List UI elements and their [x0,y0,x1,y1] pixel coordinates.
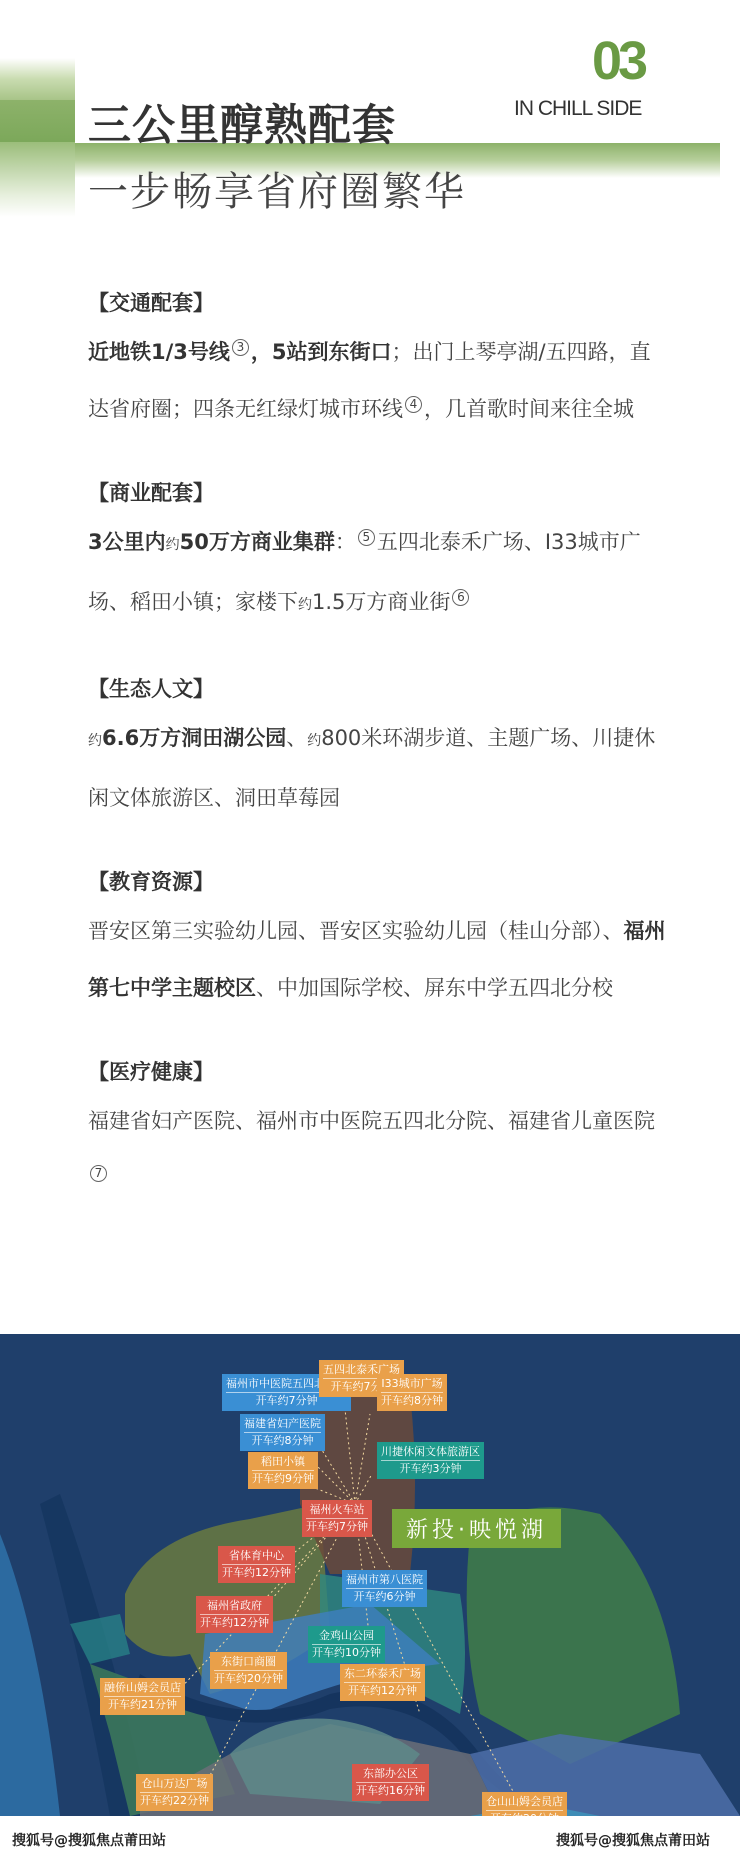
map-poi-label: 金鸡山公园开车约10分钟 [308,1626,385,1663]
map-poi-label: 福州省政府开车约12分钟 [196,1596,273,1633]
poi-drive-time: 开车约16分钟 [356,1782,425,1799]
footnote-marker: 6 [452,589,469,606]
map-poi-label: 省体育中心开车约12分钟 [218,1546,295,1583]
section: 【教育资源】晋安区第三实验幼儿园、晋安区实验幼儿园（桂山分部）、福州第七中学主题… [88,861,668,1017]
section: 【交通配套】近地铁1/3号线3，5站到东街口；出门上琴亭湖/五四路，直达省府圈；… [88,282,668,438]
footnote-marker: 4 [405,396,422,413]
body-text: 约 [298,597,312,613]
map-poi-label: 仓山山姆会员店开车约20分钟 [482,1792,567,1816]
body-text: 约 [166,537,180,553]
highlight-text: 50万方商业集群 [180,530,335,554]
body-text: 约 [307,733,321,749]
section-body: 3公里内约50万方商业集群：5五四北泰禾广场、I33城市广场、稻田小镇；家楼下约… [88,514,668,634]
poi-name: 福建省妇产医院 [244,1416,321,1432]
poi-name: 福州市第八医院 [346,1572,423,1588]
decorative-band [0,58,75,100]
map-poi-label: 川捷休闲文体旅游区开车约3分钟 [377,1442,484,1479]
map-poi-label: 东部办公区开车约16分钟 [352,1764,429,1801]
poi-drive-time: 开车约10分钟 [312,1644,381,1661]
section-heading: 【医疗健康】 [88,1051,668,1093]
body-text: 、 [286,726,307,750]
poi-drive-time: 开车约12分钟 [222,1564,291,1581]
body-text: ： [335,530,356,554]
section-heading: 【交通配套】 [88,282,668,324]
body-text: 福建省妇产医院、福州市中医院五四北分院、福建省儿童医院 [88,1109,655,1133]
highlight-text: 近地铁1/3号线 [88,340,230,364]
map-poi-label: 融侨山姆会员店开车约21分钟 [100,1678,185,1715]
section-body: 约6.6万方洞田湖公园、约800米环湖步道、主题广场、川捷休闲文体旅游区、洞田草… [88,710,668,827]
highlight-text: 6.6万方洞田湖公园 [102,726,286,750]
section-body: 近地铁1/3号线3，5站到东街口；出门上琴亭湖/五四路，直达省府圈；四条无红绿灯… [88,324,668,438]
poi-name: 仓山山姆会员店 [486,1794,563,1810]
project-label: 新投·映悦湖 [392,1509,561,1548]
poi-drive-time: 开车约9分钟 [252,1470,314,1487]
watermark-left: 搜狐号@搜狐焦点莆田站 [12,1830,166,1850]
body-text: 1.5万方商业街 [312,590,450,614]
body-text: 晋安区第三实验幼儿园、晋安区实验幼儿园（桂山分部）、 [88,919,624,943]
section-heading: 【生态人文】 [88,668,668,710]
footnote-marker: 7 [90,1165,107,1182]
poi-name: 福州火车站 [306,1502,368,1518]
decorative-band [0,100,75,142]
poi-drive-time: 开车约3分钟 [381,1460,480,1477]
map-poi-label: 福建省妇产医院开车约8分钟 [240,1414,325,1451]
poi-name: 融侨山姆会员店 [104,1680,181,1696]
highlight-text: ，5站到东街口 [251,340,392,364]
map-poi-label: 稻田小镇开车约9分钟 [248,1452,318,1489]
poi-name: 福州省政府 [200,1598,269,1614]
poi-name: 东部办公区 [356,1766,425,1782]
map-poi-label: 东街口商圈开车约20分钟 [210,1652,287,1689]
map-poi-label: 仓山万达广场开车约22分钟 [136,1774,213,1811]
poi-drive-time: 开车约20分钟 [214,1670,283,1687]
chapter-number: 03 [592,30,644,92]
poi-drive-time: 开车约12分钟 [200,1614,269,1631]
amenities-content: 【交通配套】近地铁1/3号线3，5站到东街口；出门上琴亭湖/五四路，直达省府圈；… [88,282,668,1241]
section: 【医疗健康】福建省妇产医院、福州市中医院五四北分院、福建省儿童医院7 [88,1051,668,1207]
section-body: 福建省妇产医院、福州市中医院五四北分院、福建省儿童医院7 [88,1093,668,1207]
poi-drive-time: 开车约21分钟 [104,1696,181,1713]
poi-drive-time: 开车约22分钟 [140,1792,209,1809]
watermark-right: 搜狐号@搜狐焦点莆田站 [556,1830,710,1850]
body-text: ，几首歌时间来往全城 [424,397,634,421]
section-heading: 【商业配套】 [88,472,668,514]
decorative-band [0,142,75,217]
poi-name: 金鸡山公园 [312,1628,381,1644]
poi-drive-time: 开车约8分钟 [381,1392,443,1409]
poi-name: 仓山万达广场 [140,1776,209,1792]
section-body: 晋安区第三实验幼儿园、晋安区实验幼儿园（桂山分部）、福州第七中学主题校区、中加国… [88,903,668,1017]
poi-name: 东街口商圈 [214,1654,283,1670]
poi-name: I33城市广场 [381,1376,443,1392]
section-heading: 【教育资源】 [88,861,668,903]
body-text: 约 [88,733,102,749]
map-poi-label: 东二环泰禾广场开车约12分钟 [340,1664,425,1701]
poi-name: 省体育中心 [222,1548,291,1564]
map-poi-label: 福州火车站开车约7分钟 [302,1500,372,1537]
body-text: 、中加国际学校、屏东中学五四北分校 [256,976,613,1000]
poi-drive-time: 开车约6分钟 [346,1588,423,1605]
poi-drive-time: 开车约8分钟 [244,1432,321,1449]
page-subtitle: 一步畅享省府圈繁华 [88,160,466,217]
map-poi-label: 福州市第八医院开车约6分钟 [342,1570,427,1607]
highlight-text: 3公里内 [88,530,166,554]
map-poi-label: I33城市广场开车约8分钟 [377,1374,447,1411]
poi-name: 东二环泰禾广场 [344,1666,421,1682]
poi-drive-time: 开车约20分钟 [486,1810,563,1816]
poi-drive-time: 开车约12分钟 [344,1682,421,1699]
location-map: 新投·映悦湖 福州市中医院五四北分院开车约7分钟五四北泰禾广场开车约7分钟I33… [0,1334,740,1816]
footnote-marker: 5 [358,529,375,546]
poi-name: 稻田小镇 [252,1454,314,1470]
poi-name: 川捷休闲文体旅游区 [381,1444,480,1460]
section: 【商业配套】3公里内约50万方商业集群：5五四北泰禾广场、I33城市广场、稻田小… [88,472,668,634]
footnote-marker: 3 [232,339,249,356]
poi-drive-time: 开车约7分钟 [306,1518,368,1535]
page-title: 三公里醇熟配套 [88,92,396,153]
section: 【生态人文】约6.6万方洞田湖公园、约800米环湖步道、主题广场、川捷休闲文体旅… [88,668,668,827]
chapter-label: IN CHILL SIDE [514,97,641,121]
